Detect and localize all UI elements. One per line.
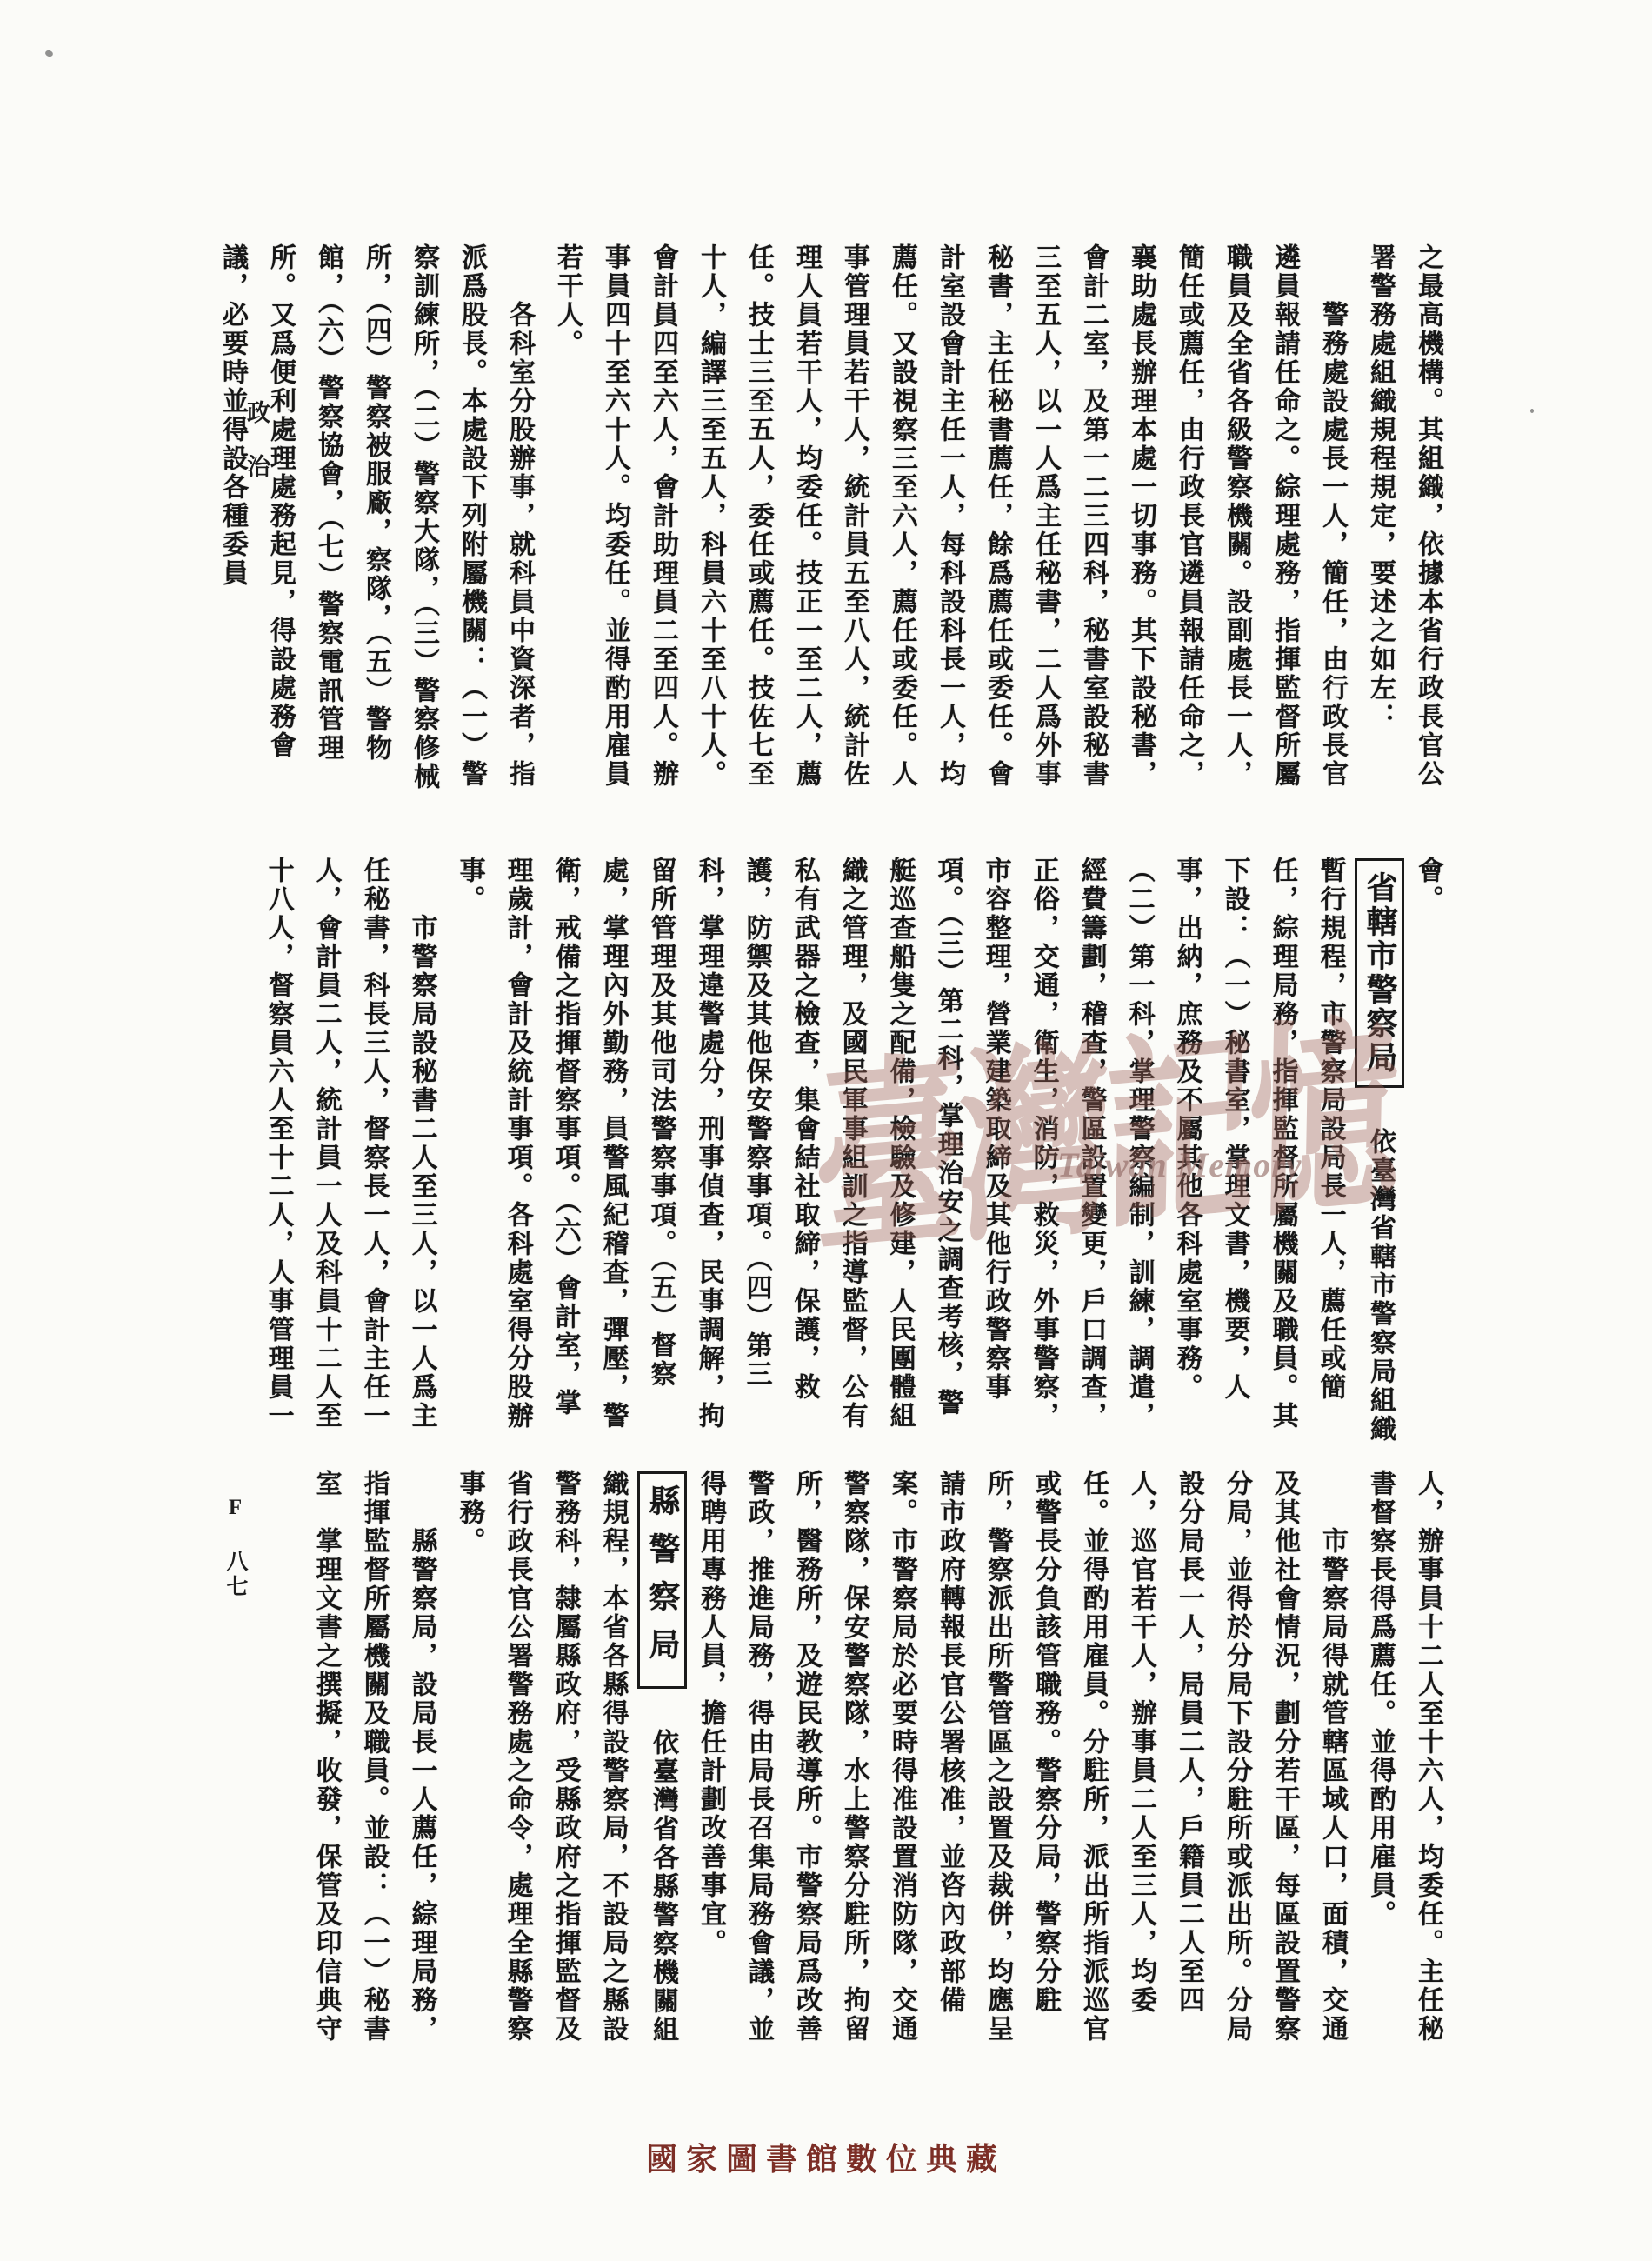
watermark-seal-text: 臺灣記憶 <box>812 950 1396 1297</box>
margin-category-label: 政治 <box>240 400 274 508</box>
paragraph: 之最高機構。其組織，依據本省行政長官公署警務處組織規程規定，要述之如左： <box>1356 243 1452 816</box>
scan-speck <box>758 261 763 264</box>
paragraph-continuation: 會。 <box>1404 857 1452 1444</box>
watermark-latin-text: Taiwan Memory <box>1057 1144 1302 1185</box>
paragraph: 各科室分股辦事，就科員中資深者，指派爲股長。本處設下列附屬機關：（一）警察訓練所… <box>209 243 543 816</box>
paragraph: 市警察局得就管轄區域人口，面積，交通及其他社會情況，劃分若干區，每區設置警察分局… <box>687 1470 1356 2058</box>
section-paragraph: 縣警察局依臺灣省各縣警察機關組織規程，本省各縣得設警察局，不設局之縣設警務科，隸… <box>446 1470 687 2058</box>
text-band-top: 之最高機構。其組織，依據本省行政長官公署警務處組織規程規定，要述之如左： 警務處… <box>296 243 1452 816</box>
paragraph-continuation: 人，辦事員十二人至十六人，均委任。主任秘書督察長得爲薦任。並得酌用雇員。 <box>1356 1470 1452 2058</box>
scan-speck <box>44 50 54 58</box>
library-footer-caption: 國家圖書館數位典藏 <box>0 2135 1652 2179</box>
paragraph: 警務處設處長一人，簡任，由行政長官遴員報請任命之。綜理處務，指揮監督所屬職員及全… <box>543 243 1356 816</box>
scanned-document-page: 之最高機構。其組織，依據本省行政長官公署警務處組織規程規定，要述之如左： 警務處… <box>0 0 1652 2261</box>
paragraph: 市警察局設秘書二人至三人，以一人爲主任秘書，科長三人，督察長一人，會計主任一人，… <box>255 857 446 1444</box>
text-band-bottom: 人，辦事員十二人至十六人，均委任。主任秘書督察長得爲薦任。並得酌用雇員。 市警察… <box>296 1470 1452 2058</box>
margin-page-number: F 八七 <box>219 1496 250 1600</box>
paragraph: 縣警察局，設局長一人薦任，綜理局務，指揮監督所屬機關及職員。並設：（一）秘書室 … <box>303 1470 446 2058</box>
scan-speck <box>1530 409 1534 413</box>
section-header-box-county-police: 縣警察局 <box>637 1471 687 1689</box>
